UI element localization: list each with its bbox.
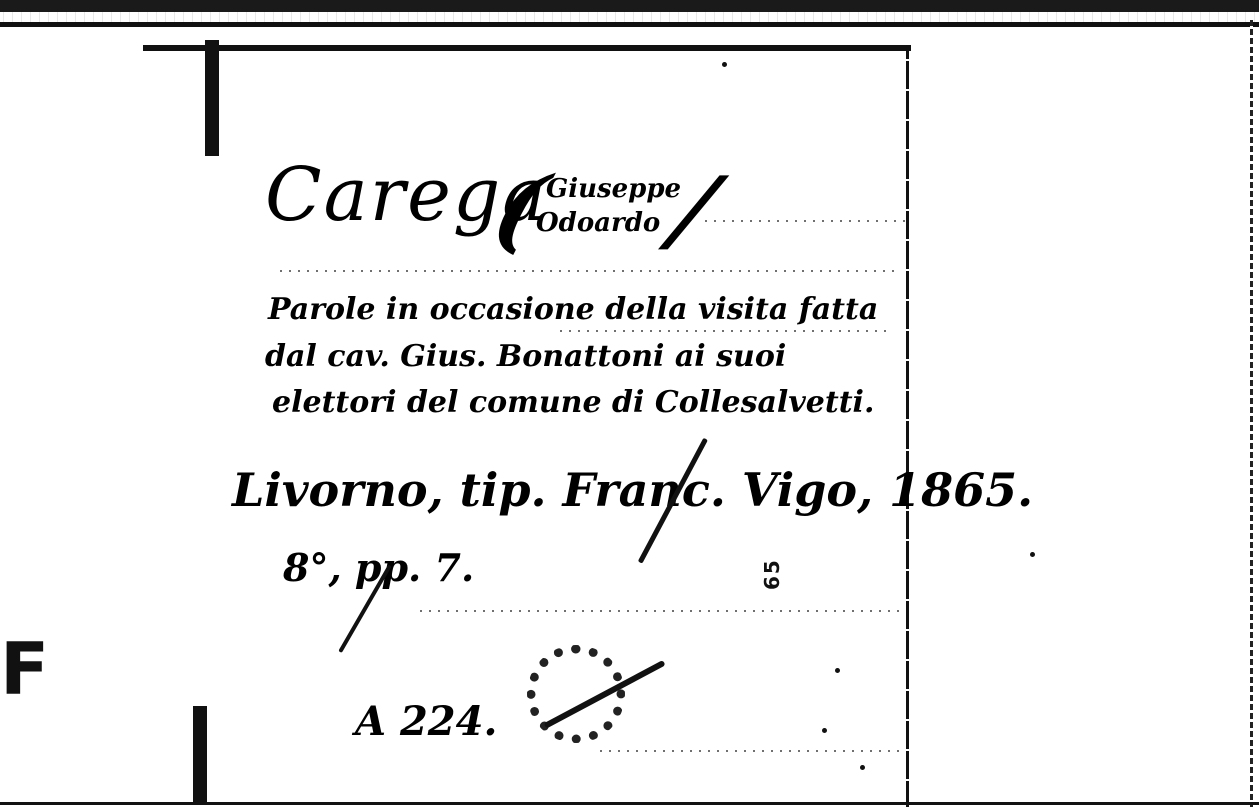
tab-mark-top xyxy=(205,40,219,156)
guide-rule xyxy=(705,220,905,222)
scan-top-line xyxy=(0,22,1259,27)
title-line-3: elettori del comune di Collesalvetti. xyxy=(272,383,874,423)
ink-speck xyxy=(822,728,827,733)
ink-speck xyxy=(1030,552,1035,557)
given-name-1: Giuseppe xyxy=(546,174,681,204)
guide-rule xyxy=(280,270,900,272)
shelfmark: A 224. xyxy=(355,692,497,752)
scan-top-speckle xyxy=(0,12,1259,22)
tab-mark-bottom xyxy=(193,706,207,804)
title-line-1: Parole in occasione della visita fatta xyxy=(268,290,878,330)
guide-rule xyxy=(600,750,900,752)
card-bottom-edge xyxy=(0,802,1259,805)
stamp-digits: 65 xyxy=(760,558,784,590)
ink-speck xyxy=(860,765,865,770)
ink-speck xyxy=(835,668,840,673)
guide-rule xyxy=(420,610,900,612)
margin-letter-f: F xyxy=(0,633,49,705)
outer-right-edge xyxy=(1250,20,1253,807)
ink-speck xyxy=(722,62,727,67)
imprint: Livorno, tip. Franc. Vigo, 1865. xyxy=(232,450,1033,530)
scan-top-edge xyxy=(0,0,1259,12)
title-line-2: dal cav. Gius. Bonattoni ai suoi xyxy=(265,337,786,377)
author-given-names: ( Giuseppe Odoardo / xyxy=(498,160,708,260)
card-right-border xyxy=(906,45,909,807)
guide-rule xyxy=(560,330,890,332)
card-top-border xyxy=(143,45,911,51)
given-name-2: Odoardo xyxy=(536,208,660,238)
